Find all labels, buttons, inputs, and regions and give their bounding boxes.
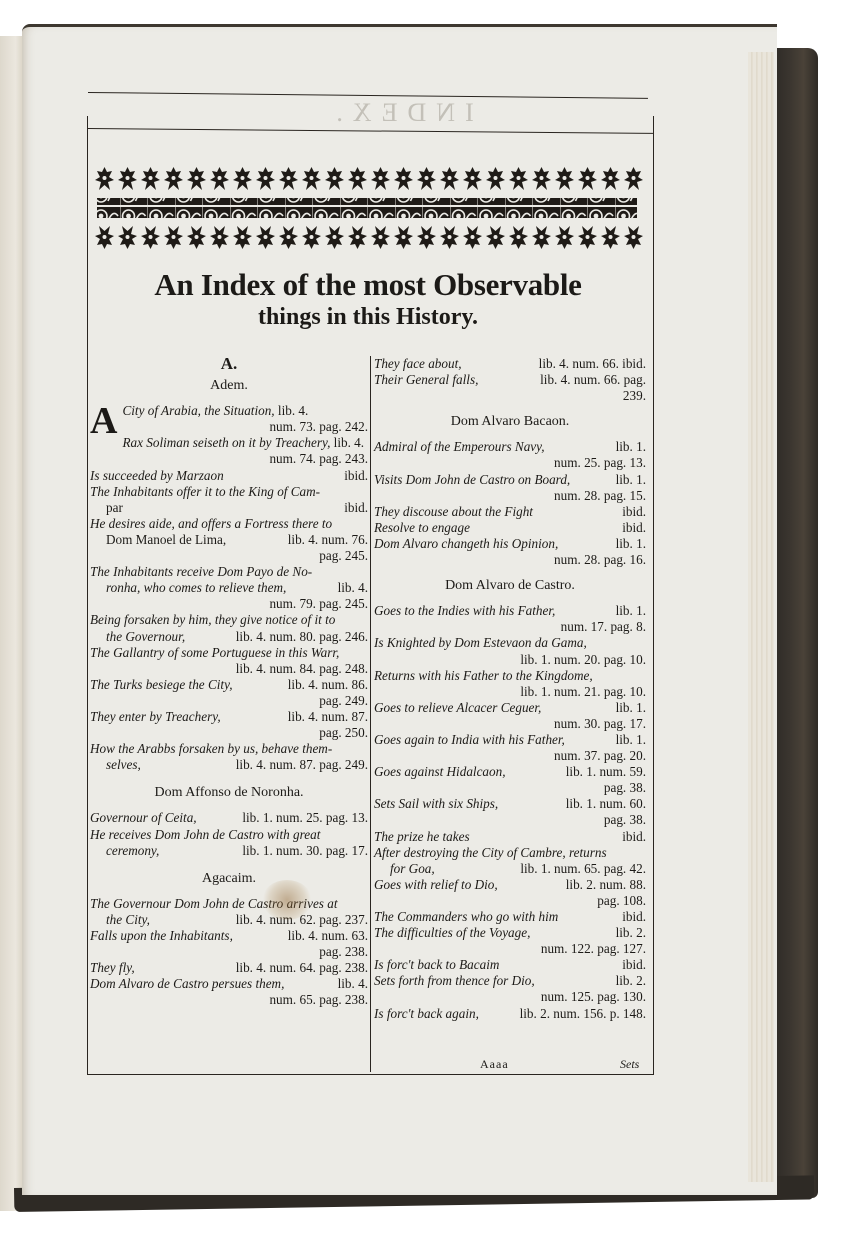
index-entry: The Inhabitants offer it to the King of … — [90, 484, 368, 516]
index-entry: The Commanders who go with himibid. — [374, 909, 646, 925]
entry-text: Sets forth from thence for Dio, — [374, 973, 535, 989]
entry-ref: lib. 2. num. 156. p. 148. — [520, 1006, 646, 1022]
entry-text: Goes with relief to Dio, — [374, 877, 498, 893]
index-entry: The Turks besiege the City,lib. 4. num. … — [90, 677, 368, 709]
entry-text: He receives Dom John de Castro with grea… — [90, 827, 368, 843]
entry-text: They enter by Treachery, — [90, 709, 221, 725]
entry-text: Sets Sail with six Ships, — [374, 796, 498, 812]
entry-ref: pag. 238. — [90, 944, 368, 960]
entry-ref: ibid. — [344, 500, 368, 516]
entry-text: Admiral of the Emperours Navy, — [374, 439, 545, 455]
entry-text: Is succeeded by Marzaon — [90, 468, 224, 484]
index-entry: Dom Alvaro changeth his Opinion,lib. 1. … — [374, 536, 646, 568]
entry-text: Their General falls, — [374, 372, 478, 388]
entry-text: Being forsaken by him, they give notice … — [90, 612, 368, 628]
group-heading: Dom Affonso de Noronha. — [90, 785, 368, 801]
left-column: A. Adem. A City of Arabia, the Situation… — [90, 354, 368, 1008]
entry-ref: lib. 4. — [338, 580, 368, 596]
index-entry: Is Knighted by Dom Estevaon da Gama, lib… — [374, 635, 646, 667]
entry-text: They fly, — [90, 960, 135, 976]
index-entry: Visits Dom John de Castro on Board,lib. … — [374, 472, 646, 504]
entry-ref: lib. 4. num. 63. — [288, 928, 368, 944]
entry-ref: num. 28. pag. 16. — [374, 552, 646, 568]
entry-ref: pag. 38. — [374, 780, 646, 796]
entry-ref: num. 79. pag. 245. — [90, 596, 368, 612]
entry-ref: num. 125. pag. 130. — [374, 989, 646, 1005]
entry-ref: lib. 1. — [616, 439, 646, 455]
index-entry: Resolve to engageibid. — [374, 520, 646, 536]
entry-ref: ibid. — [622, 829, 646, 845]
page-title: An Index of the most Observable things i… — [88, 268, 648, 332]
index-entry: The difficulties of the Voyage,lib. 2. n… — [374, 925, 646, 957]
entry-ref: ibid. — [622, 957, 646, 973]
entry-text: The Commanders who go with him — [374, 909, 558, 925]
index-entry: They discouse about the Fightibid. — [374, 504, 646, 520]
index-entry: Goes again to India with his Father,lib.… — [374, 732, 646, 764]
entry-ref: lib. 2. num. 88. — [566, 877, 646, 893]
index-entry: A City of Arabia, the Situation, lib. 4.… — [90, 403, 368, 435]
entry-ref: num. 73. pag. 242. — [90, 419, 368, 435]
entry-ref: lib. 4. num. 80. pag. 246. — [236, 629, 368, 645]
index-entry: The Gallantry of some Portuguese in this… — [90, 645, 368, 677]
entry-ref: num. 65. pag. 238. — [90, 992, 368, 1008]
entry-text: Rax Soliman seiseth on it by Treachery, — [122, 435, 330, 450]
entry-ref: pag. 249. — [90, 693, 368, 709]
title-line-2: things in this History. — [88, 302, 648, 332]
entry-ref: lib. 1. num. 21. pag. 10. — [374, 684, 646, 700]
entry-text: Goes to relieve Alcacer Ceguer, — [374, 700, 541, 716]
entry-ref: lib. 2. — [616, 925, 646, 941]
entry-ref: 239. — [374, 388, 646, 404]
index-entry: Goes with relief to Dio,lib. 2. num. 88.… — [374, 877, 646, 909]
entry-text: Visits Dom John de Castro on Board, — [374, 472, 570, 488]
entry-text-cont: Dom Manoel de Lima, — [106, 532, 226, 548]
entry-text-cont: ronha, who comes to relieve them, — [106, 580, 286, 596]
index-entry: They face about,lib. 4. num. 66. ibid. — [374, 356, 646, 372]
entry-ref: lib. 1. — [616, 603, 646, 619]
entry-ref: num. 37. pag. 20. — [374, 748, 646, 764]
entry-text: They face about, — [374, 356, 462, 372]
index-entry: Governour of Ceita,lib. 1. num. 25. pag.… — [90, 810, 368, 826]
entry-text: City of Arabia, the Situation, — [122, 403, 274, 418]
entry-text: The prize he takes — [374, 829, 470, 845]
entry-text: How the Arabbs forsaken by us, behave th… — [90, 741, 368, 757]
entry-text-cont: for Goa, — [390, 861, 435, 877]
drop-cap: A — [90, 405, 117, 437]
column-divider — [370, 356, 371, 1072]
entry-text: He desires aide, and offers a Fortress t… — [90, 516, 368, 532]
index-entry: Goes to relieve Alcacer Ceguer,lib. 1. n… — [374, 700, 646, 732]
entry-text: Is forc't back again, — [374, 1006, 479, 1022]
entry-text: Is Knighted by Dom Estevaon da Gama, — [374, 635, 646, 651]
entry-text: The difficulties of the Voyage, — [374, 925, 530, 941]
entry-text-cont: the Governour, — [106, 629, 185, 645]
entry-text-cont: the City, — [106, 912, 150, 928]
entry-ref: lib. 1. num. 59. — [566, 764, 646, 780]
section-letter: A. — [90, 356, 368, 372]
index-entry: He desires aide, and offers a Fortress t… — [90, 516, 368, 564]
entry-ref: lib. 1. — [616, 472, 646, 488]
entry-text: After destroying the City of Cambre, ret… — [374, 845, 646, 861]
entry-text: Governour of Ceita, — [90, 810, 197, 826]
entry-ref: lib. 1. — [616, 536, 646, 552]
signature-mark: Aaaa — [480, 1057, 509, 1072]
index-entry: They fly,lib. 4. num. 64. pag. 238. — [90, 960, 368, 976]
entry-ref: lib. 1. — [616, 700, 646, 716]
entry-ref: lib. 4. num. 76. — [288, 532, 368, 548]
index-entry: Is forc't back again,lib. 2. num. 156. p… — [374, 1006, 646, 1022]
foxing-stain — [262, 880, 312, 920]
index-entry: Dom Alvaro de Castro persues them,lib. 4… — [90, 976, 368, 1008]
index-entry: Their General falls,lib. 4. num. 66. pag… — [374, 372, 646, 404]
entry-ref: pag. 108. — [374, 893, 646, 909]
entry-ref: ibid. — [622, 909, 646, 925]
entry-text: The Inhabitants offer it to the King of … — [90, 484, 368, 500]
entry-text: Dom Alvaro de Castro persues them, — [90, 976, 284, 992]
entry-text: The Gallantry of some Portuguese in this… — [90, 645, 368, 661]
index-entry: The Governour Dom John de Castro arrives… — [90, 896, 368, 928]
entry-text: Is forc't back to Bacaim — [374, 957, 499, 973]
index-entry: Sets Sail with six Ships,lib. 1. num. 60… — [374, 796, 646, 828]
entry-ref: lib. 4. num. 66. ibid. — [539, 356, 646, 372]
index-entry: Rax Soliman seiseth on it by Treachery, … — [90, 435, 368, 467]
printer-ornament-icon — [93, 166, 643, 252]
entry-ref: lib. 1. num. 60. — [566, 796, 646, 812]
entry-ref: num. 28. pag. 15. — [374, 488, 646, 504]
entry-text: Returns with his Father to the Kingdome, — [374, 668, 646, 684]
entry-text: Falls upon the Inhabitants, — [90, 928, 233, 944]
entry-ref: lib. 4. — [278, 403, 308, 418]
entry-ref: lib. 1. — [616, 732, 646, 748]
entry-text: The Inhabitants receive Dom Payo de No- — [90, 564, 368, 580]
entry-ref: ibid. — [622, 504, 646, 520]
index-entry: He receives Dom John de Castro with grea… — [90, 827, 368, 859]
index-entry: After destroying the City of Cambre, ret… — [374, 845, 646, 877]
entry-text: Goes to the Indies with his Father, — [374, 603, 555, 619]
entry-ref: ibid. — [622, 520, 646, 536]
entry-text: Dom Alvaro changeth his Opinion, — [374, 536, 558, 552]
index-entry: Goes against Hidalcaon,lib. 1. num. 59. … — [374, 764, 646, 796]
group-heading: Dom Alvaro Bacaon. — [374, 414, 646, 430]
entry-text: The Turks besiege the City, — [90, 677, 233, 693]
entry-ref: lib. 2. — [616, 973, 646, 989]
entry-ref: lib. 4. num. 86. — [288, 677, 368, 693]
entry-ref: lib. 4. — [338, 976, 368, 992]
entry-ref: pag. 250. — [90, 725, 368, 741]
index-entry: They enter by Treachery,lib. 4. num. 87.… — [90, 709, 368, 741]
entry-ref: pag. 245. — [90, 548, 368, 564]
entry-ref: num. 25. pag. 13. — [374, 455, 646, 471]
entry-ref: pag. 38. — [374, 812, 646, 828]
index-entry: Is succeeded by Marzaonibid. — [90, 468, 368, 484]
page-block-edges — [748, 52, 774, 1182]
entry-ref: ibid. — [344, 468, 368, 484]
entry-ref: lib. 4. num. 84. pag. 248. — [90, 661, 368, 677]
entry-ref: lib. 4. — [334, 435, 364, 450]
right-column: They face about,lib. 4. num. 66. ibid. T… — [374, 356, 646, 1022]
index-entry: Goes to the Indies with his Father,lib. … — [374, 603, 646, 635]
index-entry: Is forc't back to Bacaimibid. — [374, 957, 646, 973]
index-entry: Falls upon the Inhabitants,lib. 4. num. … — [90, 928, 368, 960]
entry-text: The Governour Dom John de Castro arrives… — [90, 896, 368, 912]
entry-text-cont: par — [106, 500, 123, 516]
entry-text: Goes against Hidalcaon, — [374, 764, 506, 780]
entry-ref: lib. 4. num. 87. — [288, 709, 368, 725]
group-heading: Adem. — [90, 378, 368, 394]
index-entry: The prize he takesibid. — [374, 829, 646, 845]
entry-ref: lib. 1. num. 65. pag. 42. — [520, 861, 646, 877]
book-cover-edge — [770, 48, 818, 1198]
index-entry: How the Arabbs forsaken by us, behave th… — [90, 741, 368, 773]
index-entry: Being forsaken by him, they give notice … — [90, 612, 368, 644]
entry-ref: lib. 4. num. 64. pag. 238. — [236, 960, 368, 976]
title-line-1: An Index of the most Observable — [88, 268, 648, 302]
entry-text: Resolve to engage — [374, 520, 470, 536]
entry-ref: num. 17. pag. 8. — [374, 619, 646, 635]
entry-text: They discouse about the Fight — [374, 504, 533, 520]
entry-ref: lib. 4. num. 66. pag. — [540, 372, 646, 388]
index-entry: The Inhabitants receive Dom Payo de No- … — [90, 564, 368, 612]
index-entry: Admiral of the Emperours Navy,lib. 1. nu… — [374, 439, 646, 471]
entry-ref: num. 30. pag. 17. — [374, 716, 646, 732]
entry-ref: lib. 1. num. 20. pag. 10. — [374, 652, 646, 668]
entry-ref: lib. 4. num. 87. pag. 249. — [236, 757, 368, 773]
catchword: Sets — [620, 1057, 639, 1072]
entry-text-cont: selves, — [106, 757, 141, 773]
index-entry: Sets forth from thence for Dio,lib. 2. n… — [374, 973, 646, 1005]
entry-ref: num. 74. pag. 243. — [90, 451, 368, 467]
entry-ref: lib. 1. num. 25. pag. 13. — [242, 810, 368, 826]
entry-text-cont: ceremony, — [106, 843, 159, 859]
index-entry: Returns with his Father to the Kingdome,… — [374, 668, 646, 700]
entry-ref: lib. 1. num. 30. pag. 17. — [242, 843, 368, 859]
group-heading: Agacaim. — [90, 871, 368, 887]
entry-text: Goes again to India with his Father, — [374, 732, 565, 748]
group-heading: Dom Alvaro de Castro. — [374, 578, 646, 594]
entry-ref: num. 122. pag. 127. — [374, 941, 646, 957]
